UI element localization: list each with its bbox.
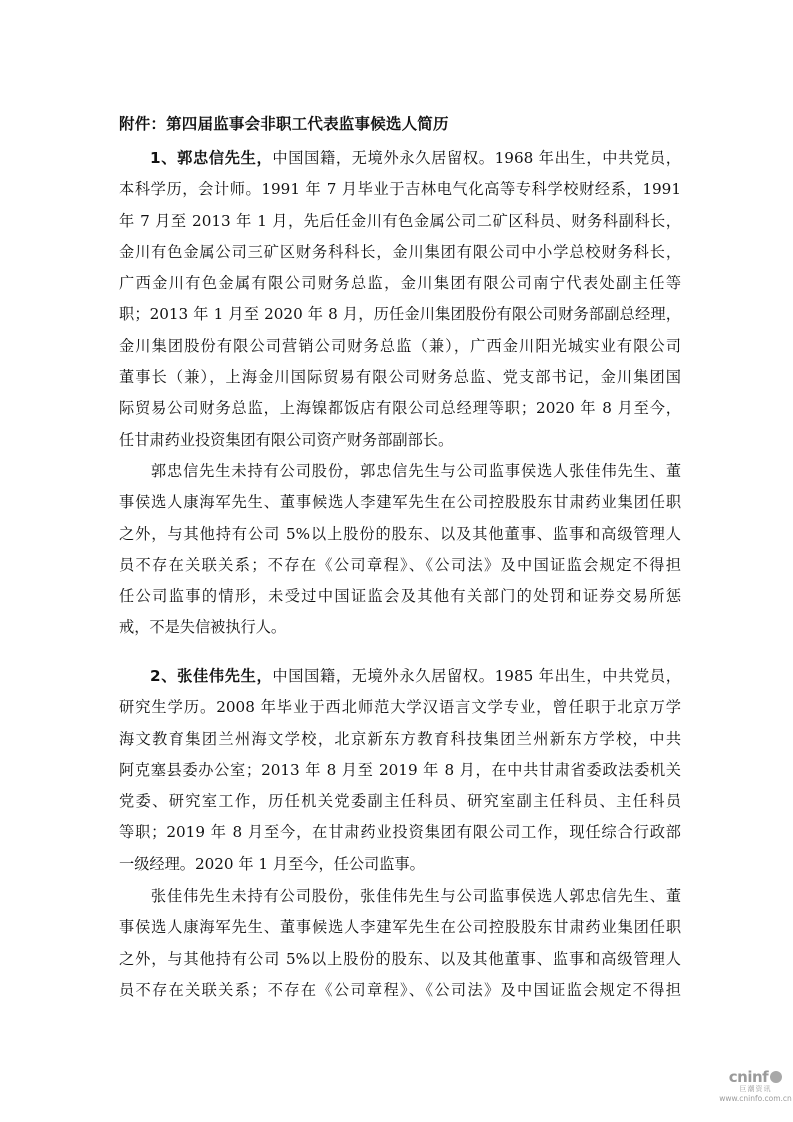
bio-line: 等职；2019 年 8 月至今，在甘肃药业投资集团有限公司工作，现任综合行政部 <box>119 817 681 848</box>
bio-line: 一级经理。2020 年 1 月至今，任公司监事。 <box>119 849 681 880</box>
bio-line: 阿克塞县委办公室；2013 年 8 月至 2019 年 8 月，在中共甘肃省委政… <box>119 755 681 786</box>
candidate-2-name: 2、张佳伟先生， <box>150 667 272 685</box>
bio-line: 董事长（兼），上海金川国际贸易有限公司财务总监、党支部书记，金川集团国 <box>119 362 681 393</box>
watermark-brand: cninf <box>718 1069 793 1085</box>
statement-line: 事侯选人康海军先生、董事候选人李建军先生在公司控股股东甘肃药业集团任职 <box>119 487 681 518</box>
statement-line: 张佳伟先生未持有公司股份，张佳伟先生与公司监事侯选人郭忠信先生、董 <box>150 887 681 905</box>
watermark-brand-text: cninf <box>729 1068 768 1086</box>
statement-line: 员不存在关联关系；不存在《公司章程》、《公司法》及中国证监会规定不得担 <box>119 550 681 581</box>
statement-line: 戒，不是失信被执行人。 <box>119 612 681 643</box>
candidate-2-statement: 张佳伟先生未持有公司股份，张佳伟先生与公司监事侯选人郭忠信先生、董 事侯选人康海… <box>119 881 681 1006</box>
watermark-brand-cn: 巨潮资讯 <box>718 1085 793 1094</box>
cninfo-watermark: cninf 巨潮资讯 www.cninfo.com.cn <box>718 1069 793 1104</box>
statement-line: 郭忠信先生未持有公司股份，郭忠信先生与公司监事侯选人张佳伟先生、董 <box>150 462 681 480</box>
statement-line: 之外，与其他持有公司 5%以上股份的股东、以及其他董事、监事和高级管理人 <box>119 944 681 975</box>
document-heading: 附件：第四届监事会非职工代表监事候选人简历 <box>119 113 679 135</box>
bio-line: 本科学历，会计师。1991 年 7 月毕业于吉林电气化高等专科学校财经系，199… <box>119 174 681 205</box>
cninfo-logo-icon <box>770 1071 782 1083</box>
watermark-url: www.cninfo.com.cn <box>718 1094 793 1104</box>
bio-line: 年 7 月至 2013 年 1 月，先后任金川有色金属公司二矿区科员、财务科副科… <box>119 206 681 237</box>
candidate-1-statement: 郭忠信先生未持有公司股份，郭忠信先生与公司监事侯选人张佳伟先生、董 事侯选人康海… <box>119 456 681 644</box>
bio-line: 广西金川有色金属有限公司财务总监，金川集团有限公司南宁代表处副主任等 <box>119 268 681 299</box>
document-page: 附件：第四届监事会非职工代表监事候选人简历 1、郭忠信先生，中国国籍，无境外永久… <box>0 0 793 1122</box>
bio-line: 职；2013 年 1 月至 2020 年 8 月，历任金川集团股份有限公司财务部… <box>119 299 681 330</box>
bio-line: 党委、研究室工作，历任机关党委副主任科员、研究室副主任科员、主任科员 <box>119 786 681 817</box>
bio-line: 研究生学历。2008 年毕业于西北师范大学汉语言文学专业，曾任职于北京万学 <box>119 692 681 723</box>
bio-line: 金川有色金属公司三矿区财务科科长，金川集团有限公司中小学总校财务科长， <box>119 237 681 268</box>
candidate-2-bio: 2、张佳伟先生，中国国籍，无境外永久居留权。1985 年出生，中共党员， 研究生… <box>119 661 681 880</box>
statement-line: 事侯选人康海军先生、董事候选人李建军先生在公司控股股东甘肃药业集团任职 <box>119 912 681 943</box>
bio-line: 金川集团股份有限公司营销公司财务总监（兼），广西金川阳光城实业有限公司 <box>119 331 681 362</box>
bio-line: 际贸易公司财务总监，上海镍都饭店有限公司总经理等职；2020 年 8 月至今， <box>119 393 681 424</box>
bio-line: 中国国籍，无境外永久居留权。1985 年出生，中共党员， <box>272 667 681 685</box>
candidate-1-name: 1、郭忠信先生， <box>150 149 272 167</box>
statement-line: 任公司监事的情形，未受过中国证监会及其他有关部门的处罚和证券交易所惩 <box>119 581 681 612</box>
bio-line: 任甘肃药业投资集团有限公司资产财务部副部长。 <box>119 425 681 456</box>
bio-line: 海文教育集团兰州海文学校，北京新东方教育科技集团兰州新东方学校，中共 <box>119 724 681 755</box>
candidate-1-bio: 1、郭忠信先生，中国国籍，无境外永久居留权。1968 年出生，中共党员， 本科学… <box>119 143 681 456</box>
statement-line: 员不存在关联关系；不存在《公司章程》、《公司法》及中国证监会规定不得担 <box>119 975 681 1006</box>
bio-line: 中国国籍，无境外永久居留权。1968 年出生，中共党员， <box>272 149 681 167</box>
statement-line: 之外，与其他持有公司 5%以上股份的股东、以及其他董事、监事和高级管理人 <box>119 519 681 550</box>
